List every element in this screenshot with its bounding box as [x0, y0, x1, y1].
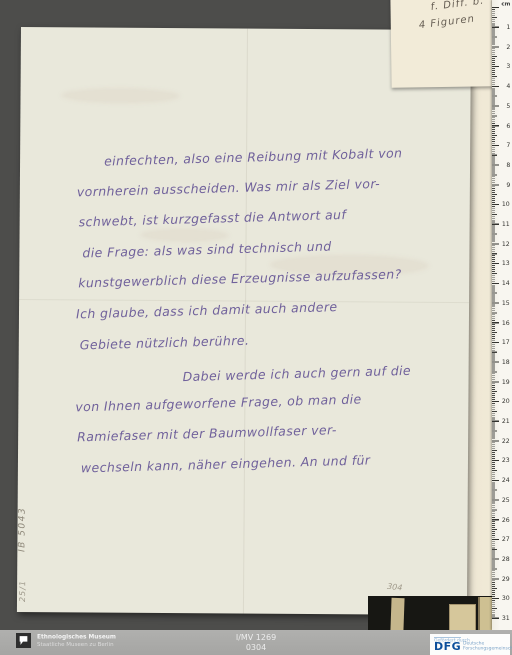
collection-reference: I/MV 1269: [236, 633, 276, 643]
dfg-org-line: Forschungsgemeinschaft: [463, 646, 512, 651]
scrap-handwriting-line: 4 Figuren: [418, 14, 475, 32]
ruler-number: 19: [502, 379, 510, 385]
ruler-number: 29: [502, 576, 510, 582]
museum-subtitle: Staatliche Museen zu Berlin: [37, 641, 116, 648]
ruler-number: 21: [502, 419, 510, 425]
ruler-number: 17: [502, 340, 510, 346]
museum-text-block: Ethnologisches Museum Staatliche Museen …: [37, 634, 116, 648]
ruler-number: 12: [502, 242, 510, 248]
letter-line: kunstgewerblich diese Erzeugnisse aufzuf…: [78, 267, 402, 291]
pencil-page-number: 304: [387, 582, 403, 593]
ruler-number: 5: [506, 104, 510, 110]
letter-line: Ramiefaser mit der Baumwollfaser ver-: [77, 422, 337, 444]
letter-line: schwebt, ist kurzgefasst die Antwort auf: [78, 207, 346, 229]
ruler-number: 13: [502, 261, 510, 267]
ruler-number: 22: [502, 439, 510, 445]
ruler-number: 7: [506, 143, 510, 149]
letter-line: Gebiete nützlich berühre.: [80, 332, 250, 352]
letter-page: einfechten, also eine Reibung mit Kobalt…: [17, 27, 471, 615]
ruler-number: 1: [506, 25, 510, 31]
reference-number-block: I/MV 1269 0304: [236, 633, 276, 653]
archive-item: [390, 598, 404, 631]
dfg-logo: DFG: [434, 640, 461, 653]
ruler-number: 26: [502, 517, 510, 523]
ruler-number: 2: [506, 45, 510, 51]
vertical-fold-crease: [243, 29, 248, 614]
ruler-number: 18: [502, 360, 510, 366]
ruler-number: 27: [502, 537, 510, 543]
scrap-paper: f. Diff. b. 4 Figuren: [390, 0, 492, 88]
letter-line: einfechten, also eine Reibung mit Kobalt…: [104, 145, 403, 168]
dfg-logo-panel: Gefördert durch DFG Deutsche Forschungsg…: [430, 634, 510, 655]
letter-line: wechseln kann, näher eingehen. An und fü…: [81, 452, 371, 475]
pencil-inventory-note: IB 5043: [17, 507, 27, 552]
ruler-number: 4: [506, 84, 510, 90]
ruler-number: 14: [502, 281, 510, 287]
letter-line: Ich glaube, dass ich damit auch andere: [76, 299, 338, 321]
ruler-number: 20: [502, 399, 510, 405]
ruler-number: 6: [506, 123, 510, 129]
ruler-number: 3: [506, 64, 510, 70]
ruler-number: 10: [502, 202, 510, 208]
ruler-number: 31: [502, 616, 510, 622]
letter-line: vornherein ausscheiden. Was mir als Ziel…: [77, 176, 381, 199]
footer-bar: Ethnologisches Museum Staatliche Museen …: [0, 630, 512, 655]
ruler-number: 24: [502, 478, 510, 484]
ruler-number: 11: [502, 222, 510, 228]
pencil-date-note: 25/1: [18, 580, 27, 602]
ruler-number: 23: [502, 458, 510, 464]
cm-ruler: cm 1234567891011121314151617181920212223…: [492, 0, 512, 630]
ruler-cm-ticks: [492, 7, 499, 619]
ruler-number: 25: [502, 498, 510, 504]
scan-viewer-stage: einfechten, also eine Reibung mit Kobalt…: [0, 0, 512, 655]
ruler-number: 15: [502, 301, 510, 307]
letter-line: Dabei werde ich auch gern auf die: [182, 363, 411, 384]
ruler-number: 16: [502, 320, 510, 326]
archive-item: [449, 604, 476, 631]
ink-bleedthrough: [140, 228, 230, 243]
museum-name: Ethnologisches Museum: [37, 634, 116, 641]
ruler-number: 30: [502, 596, 510, 602]
dfg-org-name: Deutsche Forschungsgemeinschaft: [463, 641, 512, 651]
ruler-number: 28: [502, 557, 510, 563]
museum-logo: [16, 633, 31, 648]
ink-bleedthrough: [60, 87, 180, 104]
ruler-number: 9: [506, 182, 510, 188]
scrap-handwriting-line: f. Diff. b.: [430, 0, 485, 13]
letter-line: von Ihnen aufgeworfene Frage, ob man die: [75, 391, 362, 414]
ruler-unit-label: cm: [501, 1, 510, 7]
scan-page-number: 0304: [236, 643, 276, 653]
ruler-number: 8: [506, 163, 510, 169]
